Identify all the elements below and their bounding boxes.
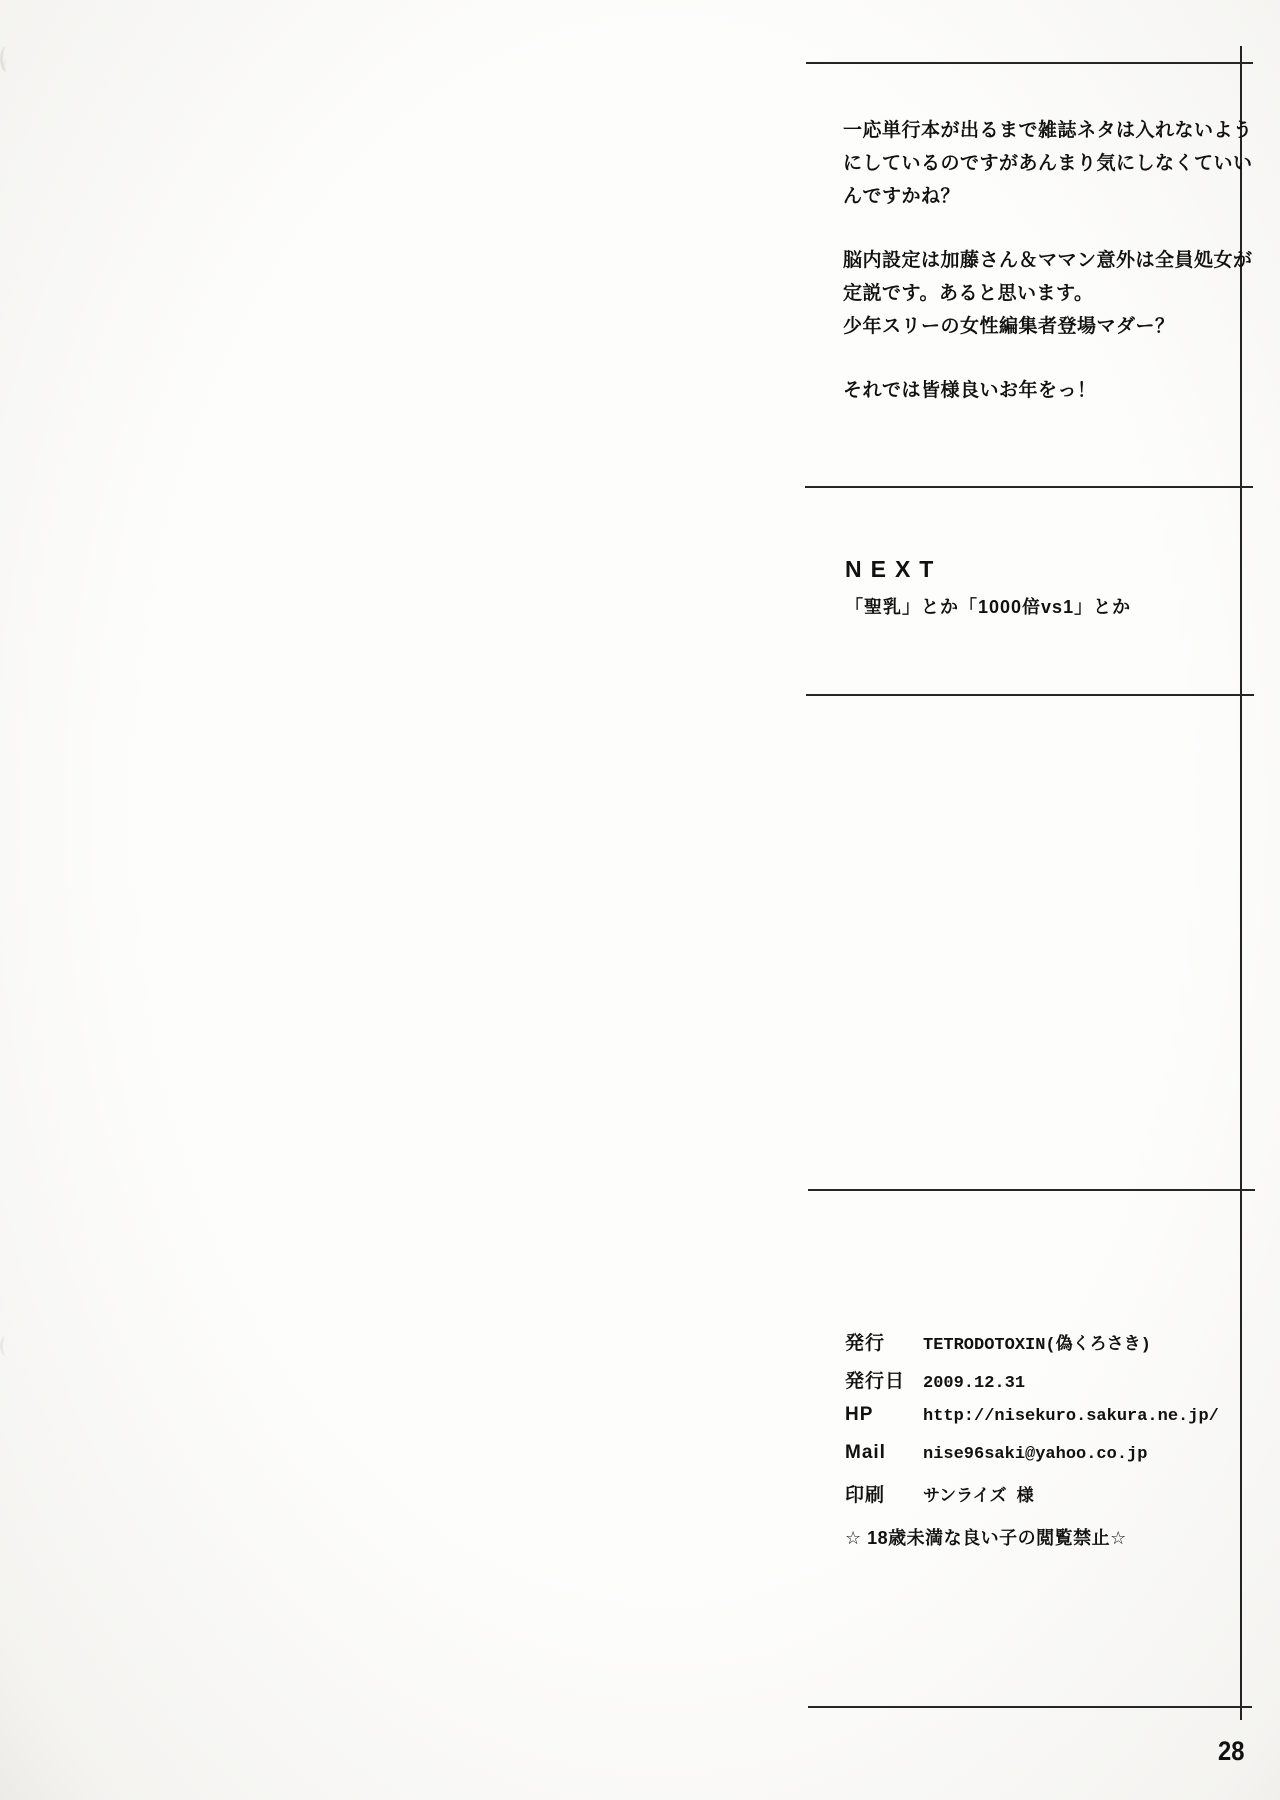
next-section-subtitle: 「聖乳」とか「1000倍vs1」とか — [845, 593, 1131, 619]
colophon-row-publish-date: 発行日 2009.12.31 — [845, 1366, 1219, 1404]
colophon-block: 発行 TETRODOTOXIN(偽くろさき) 発行日 2009.12.31 HP… — [845, 1328, 1219, 1518]
colophon-row-printer: 印刷 サンライズ 様 — [845, 1480, 1219, 1518]
afterword-line: 脳内設定は加藤さん＆ママン意外は全員処女が — [843, 244, 1263, 277]
colophon-row-publisher: 発行 TETRODOTOXIN(偽くろさき) — [845, 1328, 1219, 1366]
scanned-doujin-afterword-page: 一応単行本が出るまで雑誌ネタは入れないよう にしているのですがあんまり気にしなく… — [0, 0, 1280, 1800]
colophon-label: Mail — [845, 1442, 923, 1464]
afterword-line: にしているのですがあんまり気にしなくていい — [843, 147, 1263, 180]
horizontal-rule-line-3 — [806, 694, 1254, 696]
colophon-row-homepage: HP http://nisekuro.sakura.ne.jp/ — [845, 1404, 1219, 1442]
scan-smudge-mark — [2, 60, 13, 72]
horizontal-rule-line-4 — [808, 1189, 1255, 1191]
colophon-label: HP — [845, 1404, 923, 1426]
colophon-label: 発行日 — [845, 1366, 923, 1393]
afterword-paragraph-3: それでは皆様良いお年をっ！ — [843, 374, 1263, 407]
colophon-value: 2009.12.31 — [923, 1374, 1025, 1393]
afterword-paragraph-2: 脳内設定は加藤さん＆ママン意外は全員処女が 定説です。あると思います。 少年スリ… — [843, 244, 1263, 343]
horizontal-rule-line-1 — [806, 62, 1253, 64]
afterword-line: 少年スリーの女性編集者登場マダー？ — [843, 310, 1263, 343]
scan-smudge-mark — [0, 1336, 12, 1356]
colophon-label: 発行 — [845, 1328, 923, 1355]
afterword-line: それでは皆様良いお年をっ！ — [843, 374, 1263, 407]
afterword-line: 定説です。あると思います。 — [843, 277, 1263, 310]
colophon-label: 印刷 — [845, 1480, 923, 1507]
colophon-row-mail: Mail nise96saki@yahoo.co.jp — [845, 1442, 1219, 1480]
horizontal-rule-line-5 — [808, 1706, 1252, 1708]
next-work-section: NEXT 「聖乳」とか「1000倍vs1」とか — [845, 556, 1131, 619]
page-number: 28 — [1218, 1736, 1244, 1767]
next-section-title: NEXT — [845, 556, 1131, 583]
colophon-mail-address: nise96saki@yahoo.co.jp — [923, 1445, 1147, 1464]
afterword-line: んですかね？ — [843, 180, 1263, 213]
colophon-value: TETRODOTOXIN(偽くろさき) — [923, 1329, 1151, 1355]
afterword-text-block: 一応単行本が出るまで雑誌ネタは入れないよう にしているのですがあんまり気にしなく… — [843, 114, 1263, 438]
age-restriction-notice: ☆ 18歳未満な良い子の閲覧禁止☆ — [845, 1524, 1127, 1550]
colophon-homepage-url: http://nisekuro.sakura.ne.jp/ — [923, 1407, 1219, 1426]
afterword-line: 一応単行本が出るまで雑誌ネタは入れないよう — [843, 114, 1263, 147]
colophon-value: サンライズ 様 — [923, 1481, 1034, 1507]
afterword-paragraph-1: 一応単行本が出るまで雑誌ネタは入れないよう にしているのですがあんまり気にしなく… — [843, 114, 1263, 213]
horizontal-rule-line-2 — [805, 486, 1253, 488]
